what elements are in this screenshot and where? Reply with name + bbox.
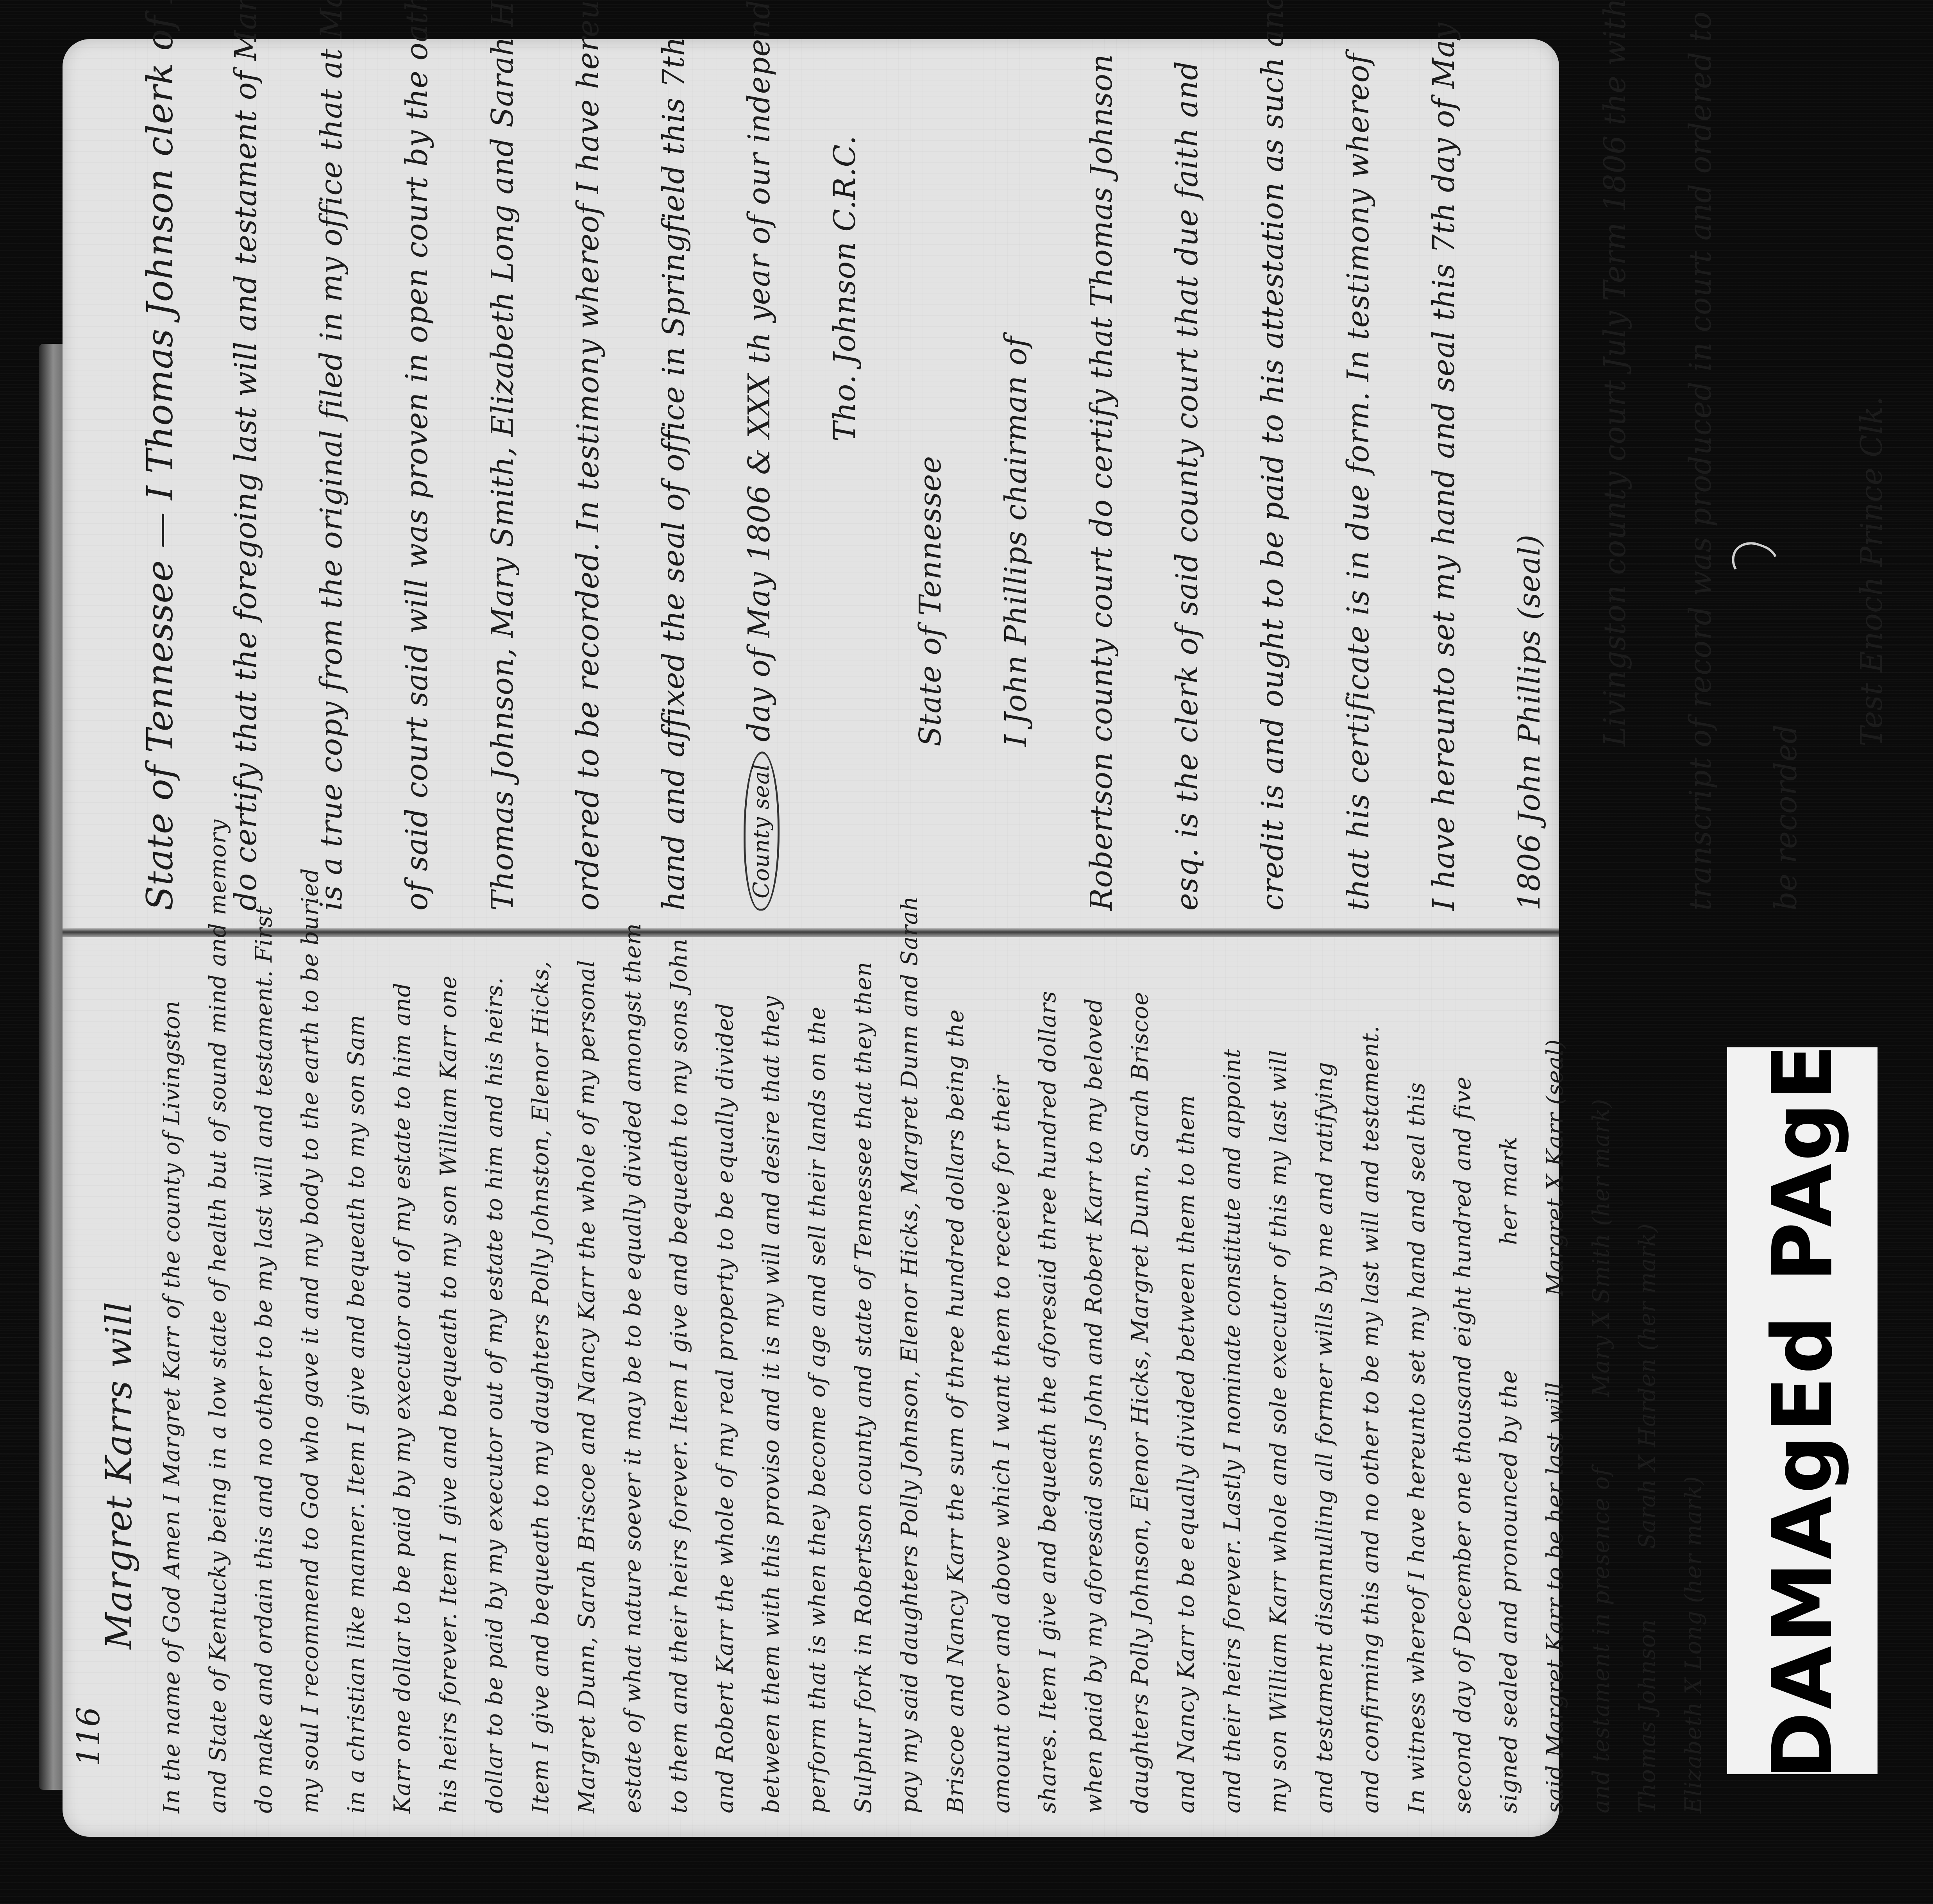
- will-line: in a christian like manner. Item I give …: [333, 954, 379, 1813]
- will-line: estate of what nature soever it may be t…: [610, 954, 656, 1813]
- will-line: do make and ordain this and no other to …: [241, 954, 287, 1813]
- will-line: second day of December one thousand eigh…: [1439, 954, 1486, 1813]
- will-text: said Margret Karr to be her last will: [1541, 1382, 1568, 1813]
- court-line: be recorded: [1743, 59, 1829, 911]
- witness: Sarah X Harden (her mark): [1634, 1223, 1660, 1611]
- will-line: shares. Item I give and bequeath the afo…: [1025, 954, 1071, 1813]
- page-number: 116: [70, 1707, 107, 1766]
- will-line: and testament disannulling all former wi…: [1301, 954, 1347, 1813]
- will-line: Item I give and bequeath to my daughters…: [517, 954, 563, 1813]
- chairman-line: I John Phillips chairman of: [973, 59, 1059, 911]
- will-line: dollar to be paid by my executor out of …: [471, 954, 517, 1813]
- will-line: and their heirs forever. Lastly I nomina…: [1209, 954, 1255, 1813]
- certificate-line: of said court said will was proven in op…: [374, 59, 460, 911]
- clerk-signature: Tho. Johnson C.R.C.: [802, 59, 887, 911]
- witness-line: Elizabeth X Long (her mark): [1670, 954, 1716, 1813]
- will-text: and testament in presence of: [1588, 1467, 1614, 1813]
- court-line: Livingston county court July Term 1806 t…: [1572, 59, 1658, 911]
- chairman-line: I have hereunto set my hand and seal thi…: [1401, 59, 1486, 911]
- will-line: when paid by my aforesaid sons John and …: [1071, 954, 1117, 1813]
- testator-mark: her mark: [1495, 1136, 1522, 1362]
- chairman-line: that his certificate is in due form. In …: [1315, 59, 1401, 911]
- attest-signature: Test Enoch Prince Clk.: [1829, 59, 1914, 911]
- court-line: transcript of record was produced in cou…: [1658, 59, 1743, 911]
- certificate-line: hand and affixed the seal of office in S…: [631, 59, 716, 911]
- will-line: pay my said daughters Polly Johnson, Ele…: [886, 954, 932, 1813]
- will-text: signed sealed and pronounced by the: [1495, 1370, 1522, 1813]
- damaged-page-text: DAMAgEd PAgE: [1754, 1042, 1850, 1780]
- will-line: said Margret Karr to be her last will Ma…: [1532, 954, 1578, 1813]
- will-line: Briscoe and Nancy Karr the sum of three …: [932, 954, 978, 1813]
- will-line: signed sealed and pronounced by the her …: [1486, 954, 1532, 1813]
- will-line: amount over and above which I want them …: [978, 954, 1025, 1813]
- chairman-line: esq. is the clerk of said county court t…: [1144, 59, 1230, 911]
- chairman-line: credit is and ought to be paid to his at…: [1230, 59, 1315, 911]
- will-line: perform that is when they become of age …: [794, 954, 840, 1813]
- certificate-line: is a true copy from the original filed i…: [288, 59, 374, 911]
- damaged-page-label: DAMAgEd PAgE: [1727, 1047, 1878, 1774]
- second-certificate-heading: State of Tennessee: [887, 59, 973, 911]
- testator-signature: Margret X Karr (seal): [1541, 1039, 1568, 1374]
- page-fold-gutter: [63, 928, 1559, 937]
- date-text: day of May 1806 & XXX th year of our ind…: [742, 0, 776, 742]
- certificate-date-line: County seal day of May 1806 & XXX th yea…: [716, 59, 802, 911]
- will-line: and testament in presence of Mary X Smit…: [1578, 954, 1624, 1813]
- will-line: In the name of God Amen I Margret Karr o…: [148, 954, 195, 1813]
- certificate-page: State of Tennessee — I Thomas Johnson cl…: [117, 59, 1914, 911]
- witness: Thomas Johnson: [1634, 1619, 1660, 1813]
- will-line: and Nancy Karr to be equally divided bet…: [1163, 954, 1209, 1813]
- chairman-signature: 1806 John Phillips (seal): [1486, 59, 1572, 911]
- will-page: Margret Karrs will In the name of God Am…: [90, 954, 1716, 1813]
- will-line: Margret Dunn, Sarah Briscoe and Nancy Ka…: [563, 954, 610, 1813]
- will-line: and Robert Karr the whole of my real pro…: [702, 954, 748, 1813]
- certificate-line: Thomas Johnson, Mary Smith, Elizabeth Lo…: [460, 59, 545, 911]
- county-seal: County seal: [744, 752, 780, 911]
- witness: Mary X Smith (her mark): [1588, 1099, 1614, 1460]
- will-line: Sulphur fork in Robertson county and sta…: [840, 954, 886, 1813]
- will-line: and State of Kentucky being in a low sta…: [195, 954, 241, 1813]
- witness-line: Thomas Johnson Sarah X Harden (her mark): [1624, 954, 1670, 1813]
- certificate-line: ordered to be recorded. In testimony whe…: [545, 59, 631, 911]
- will-line: between them with this proviso and it is…: [748, 954, 794, 1813]
- will-title: Margret Karrs will: [90, 954, 148, 1813]
- will-line: to them and their heirs forever. Item I …: [656, 954, 702, 1813]
- will-line: my soul I recommend to God who gave it a…: [287, 954, 333, 1813]
- will-line: Karr one dollar to be paid by my executo…: [379, 954, 425, 1813]
- certificate-heading: State of Tennessee — I Thomas Johnson cl…: [117, 59, 203, 911]
- will-line: and confirming this and no other to be m…: [1347, 954, 1393, 1813]
- will-line: In witness whereof I have hereunto set m…: [1393, 954, 1439, 1813]
- certificate-line: do certify that the foregoing last will …: [203, 59, 288, 911]
- will-line: my son William Karr whole and sole execu…: [1255, 954, 1301, 1813]
- chairman-line: Robertson county court do certify that T…: [1059, 59, 1144, 911]
- will-line: his heirs forever. Item I give and beque…: [425, 954, 471, 1813]
- will-line: daughters Polly Johnson, Elenor Hicks, M…: [1117, 954, 1163, 1813]
